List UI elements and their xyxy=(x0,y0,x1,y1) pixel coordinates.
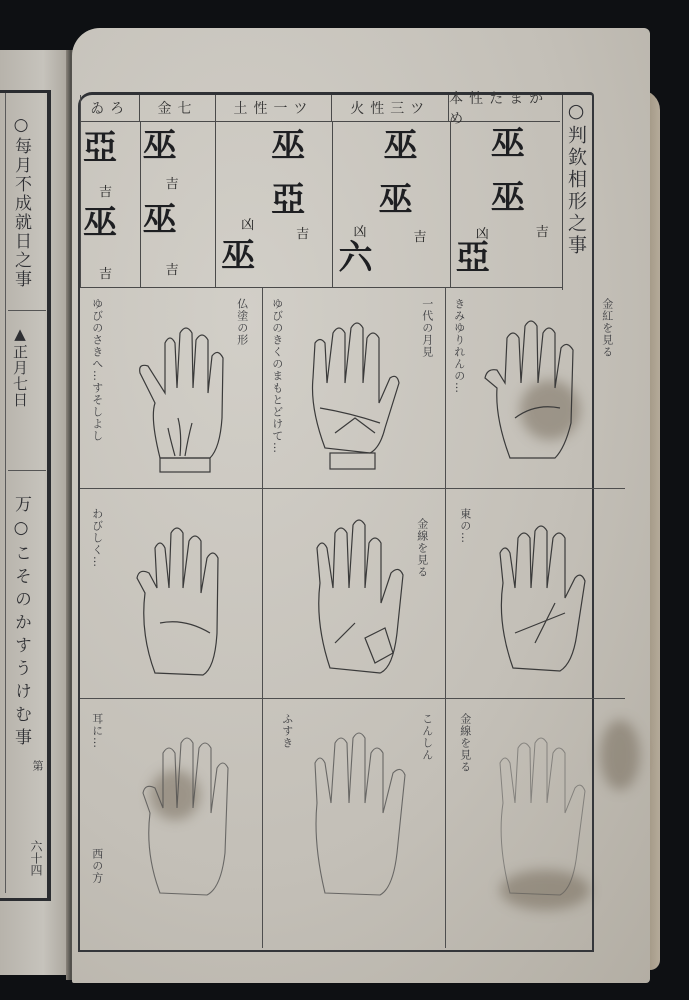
panel-note: 一代の月見 xyxy=(420,298,434,478)
palm-diagram-icon xyxy=(125,503,245,693)
palm-diagram-icon xyxy=(485,503,605,693)
header-cell: ゐろ xyxy=(80,95,139,121)
fortune-label: 吉 xyxy=(413,226,426,245)
seal-glyph: 巫 xyxy=(491,127,525,161)
palm-diagram-icon xyxy=(305,503,425,693)
seal-glyph: 巫 xyxy=(491,181,525,215)
seal-glyph: 巫 xyxy=(378,183,412,217)
seal-glyph: 巫 xyxy=(221,239,255,273)
seal-glyph: 亞 xyxy=(456,241,490,275)
panel-note: 仏塗の形 xyxy=(235,298,249,478)
palm-diagram-icon xyxy=(475,308,595,488)
grid-rule xyxy=(80,488,625,489)
sign-cell: 巫 巫 六 吉 凶 xyxy=(332,121,449,287)
left-page-divider xyxy=(8,470,46,471)
sign-cell: 巫 亞 巫 吉 凶 xyxy=(215,121,332,287)
panel-caption: 金線を見る xyxy=(458,713,472,833)
palm-diagram-icon xyxy=(130,308,250,488)
left-subheading-text: ▲正月七日 xyxy=(12,325,27,408)
left-folio-number: 六十四 xyxy=(30,840,42,876)
palm-diagram-icon xyxy=(485,713,605,913)
fortune-label: 吉 xyxy=(296,223,309,242)
grid-rule xyxy=(262,288,263,948)
page-title: ○判欽相形之事 xyxy=(566,100,585,257)
seal-glyph: 亞 xyxy=(83,131,117,165)
seal-glyph: 巫 xyxy=(383,129,417,163)
left-body-text: 万○こそのかすうけむ事 xyxy=(12,495,29,751)
fortune-label: 凶 xyxy=(353,221,366,240)
fortune-label: 吉 xyxy=(166,259,179,278)
sign-cell: 亞 巫 吉 吉 xyxy=(80,121,140,287)
grid-rule xyxy=(445,288,446,948)
panel-caption: きみゆりれんの… xyxy=(452,298,466,478)
seal-glyph: 巫 xyxy=(83,206,117,240)
seal-glyph: 巫 xyxy=(143,203,177,237)
palm-diagram-icon xyxy=(135,713,245,913)
seal-glyph: 巫 xyxy=(143,129,177,163)
panel-caption: ゆびのきくのまもとどけて… xyxy=(270,298,284,478)
palm-diagram-icon xyxy=(305,713,425,913)
left-page-divider xyxy=(8,310,46,311)
left-folio-label: 第 xyxy=(32,760,43,773)
fortune-label: 凶 xyxy=(476,223,489,242)
fortune-label: 吉 xyxy=(166,173,179,192)
header-cell: 土性一ツ xyxy=(215,95,332,121)
left-page-rule xyxy=(5,93,6,893)
panel-caption: 東の… xyxy=(458,508,472,688)
panel-caption: ゆびのさきへ…すそしよし xyxy=(90,298,104,478)
header-cell: 金七 xyxy=(139,95,214,121)
table-header-row: 本性たまかめ 火性三ツ 土性一ツ 金七 ゐろ xyxy=(80,95,560,122)
panel-note: 西の方 xyxy=(90,848,104,928)
panel-caption: ふすき xyxy=(280,713,294,813)
panel-note: 金紅を見る xyxy=(600,298,614,478)
sign-cell: 巫 巫 吉 吉 xyxy=(140,121,216,287)
seal-glyph: 巫 xyxy=(271,129,305,163)
panel-note: こんしん xyxy=(420,713,434,813)
seal-glyph: 六 xyxy=(338,241,372,275)
sign-table-row: 巫 巫 亞 吉 凶 巫 巫 六 吉 凶 巫 亞 巫 吉 凶 巫 巫 吉 吉 亞 … xyxy=(80,121,562,288)
fortune-label: 凶 xyxy=(241,214,254,233)
palm-diagram-icon xyxy=(295,308,415,488)
header-cell: 本性たまかめ xyxy=(448,95,560,121)
fortune-label: 吉 xyxy=(536,221,549,240)
fortune-label: 吉 xyxy=(99,263,112,282)
sign-cell: 巫 巫 亞 吉 凶 xyxy=(450,121,562,287)
header-cell: 火性三ツ xyxy=(331,95,448,121)
left-heading-text: ○每月不成就日之事 xyxy=(12,115,29,289)
panel-caption: 金線を見る xyxy=(415,518,429,688)
fortune-label: 吉 xyxy=(99,181,112,200)
palmistry-grid: ゆびのさきへ…すそしよし 仏塗の形 ゆびのきくのまもとどけて… 一代の月見 きみ… xyxy=(80,288,625,948)
seal-glyph: 亞 xyxy=(271,183,305,217)
grid-rule xyxy=(80,698,625,699)
panel-caption: わびしく… xyxy=(90,508,104,688)
